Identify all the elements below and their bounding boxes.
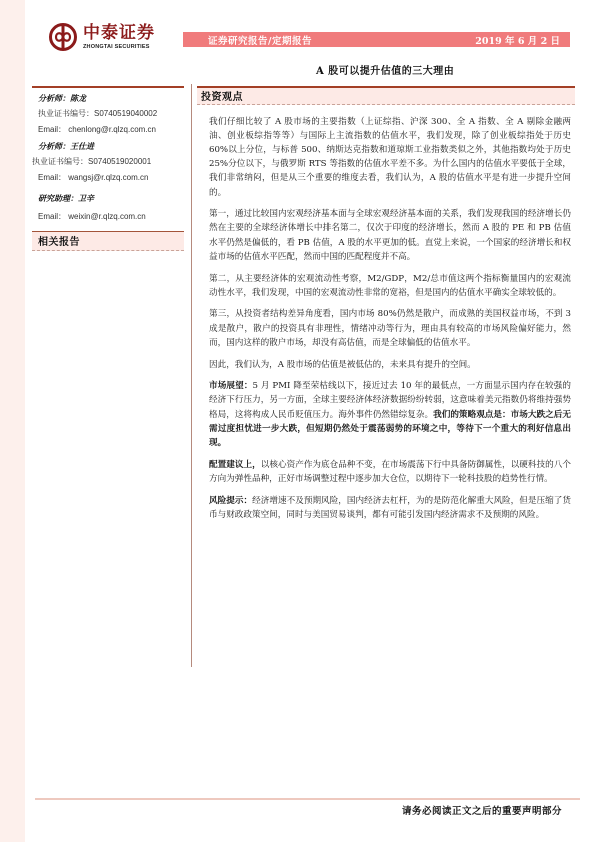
logo-chinese-name: 中泰证券	[83, 24, 155, 42]
paragraph-conclusion: 因此，我们认为，A 股市场的估值是被低估的，未来具有提升的空间。	[209, 358, 571, 372]
email-link[interactable]: chenlong@r.qlzq.com.cn	[68, 125, 156, 134]
analyst-email-row: Email： chenlong@r.qlzq.com.cn	[38, 123, 184, 136]
allocation-text: 以核心资产作为底仓品种不变，在市场震荡下行中具备防御属性，以硬科技的八个方向为弹…	[209, 460, 571, 484]
email-label: Email：	[38, 125, 66, 134]
email-label: Email：	[38, 173, 66, 182]
paragraph-intro: 我们仔细比较了 A 股市场的主要指数（上证综指、沪深 300、全 A 指数、全 …	[209, 115, 571, 200]
logo-english-name: ZHONGTAI SECURITIES	[83, 44, 155, 50]
email-link[interactable]: wangsj@r.qlzq.com.cn	[68, 173, 148, 182]
risk-text: 经济增速不及预期风险，国内经济去杠杆，为的是防范化解重大风险，但是压缩了货币与财…	[209, 496, 571, 520]
column-divider	[191, 84, 192, 667]
main-content: 投资观点 我们仔细比较了 A 股市场的主要指数（上证综指、沪深 300、全 A …	[197, 86, 575, 530]
company-logo: 中泰证券 ZHONGTAI SECURITIES	[48, 22, 155, 52]
assistant-role: 研究助理：	[38, 193, 78, 203]
cert-number: S0740519020001	[88, 157, 151, 166]
related-reports-title: 相关报告	[38, 233, 80, 248]
paragraph-third-reason: 第三，从投资者结构差异角度看，国内市场 80%仍然是散户，而成熟的美国权益市场，…	[209, 307, 571, 350]
report-banner: 证券研究报告/定期报告 2019 年 6 月 2 日	[183, 32, 570, 47]
analyst-name-row: 分析师：陈龙	[38, 92, 184, 105]
page-margin	[0, 0, 25, 842]
analyst-sidebar: 分析师：陈龙 执业证书编号：S0740519040002 Email： chen…	[32, 86, 184, 251]
paragraph-risk: 风险提示：经济增速不及预期风险，国内经济去杠杆，为的是防范化解重大风险，但是压缩…	[209, 494, 571, 522]
cert-label: 执业证书编号：	[32, 157, 88, 166]
paragraph-second-reason: 第二，从主要经济体的宏观流动性考察，M2/GDP，M2/总市值这两个指标衡量国内…	[209, 272, 571, 300]
sidebar-rule	[32, 86, 184, 88]
paragraph-market-outlook: 市场展望：5 月 PMI 降至荣枯线以下，接近过去 10 年的最低点，一方面显示…	[209, 379, 571, 450]
analyst-cert-row: 执业证书编号：S0740519040002	[38, 107, 184, 120]
outlook-label: 市场展望：	[209, 381, 253, 391]
allocation-label: 配置建议上，	[209, 460, 261, 470]
zhongtai-logo-icon	[48, 22, 78, 52]
analyst-name-row: 分析师：王仕进	[38, 140, 184, 153]
report-body: 我们仔细比较了 A 股市场的主要指数（上证综指、沪深 300、全 A 指数、全 …	[197, 115, 575, 523]
report-date: 2019 年 6 月 2 日	[475, 33, 560, 47]
email-link[interactable]: weixin@r.qlzq.com.cn	[68, 212, 145, 221]
analyst-name: 王仕进	[70, 141, 94, 151]
footer-rule	[35, 798, 580, 800]
related-reports-header: 相关报告	[32, 231, 184, 251]
analyst-card: 分析师：王仕进 执业证书编号：S0740519020001 Email： wan…	[32, 140, 184, 184]
assistant-name: 卫辛	[78, 193, 94, 203]
assistant-card: 研究助理：卫辛 Email： weixin@r.qlzq.com.cn	[32, 192, 184, 223]
footer-disclaimer: 请务必阅读正文之后的重要声明部分	[402, 803, 562, 817]
paragraph-first-reason: 第一，通过比较国内宏观经济基本面与全球宏观经济基本面的关系，我们发现我国的经济增…	[209, 207, 571, 264]
report-type: 证券研究报告/定期报告	[208, 33, 312, 47]
risk-label: 风险提示：	[209, 496, 252, 506]
analyst-cert-row: 执业证书编号：S0740519020001	[32, 155, 184, 168]
analyst-role: 分析师：	[38, 93, 70, 103]
email-label: Email：	[38, 212, 66, 221]
analyst-role: 分析师：	[38, 141, 70, 151]
section-title: 投资观点	[201, 88, 243, 103]
analyst-email-row: Email： wangsj@r.qlzq.com.cn	[38, 171, 184, 184]
section-header: 投资观点	[197, 88, 575, 105]
cert-label: 执业证书编号：	[38, 109, 94, 118]
assistant-name-row: 研究助理：卫辛	[38, 192, 184, 205]
report-title: A 股可以提升估值的三大理由	[316, 62, 454, 77]
cert-number: S0740519040002	[94, 109, 157, 118]
analyst-card: 分析师：陈龙 执业证书编号：S0740519040002 Email： chen…	[32, 92, 184, 136]
assistant-email-row: Email： weixin@r.qlzq.com.cn	[38, 210, 184, 223]
analyst-name: 陈龙	[70, 93, 86, 103]
paragraph-allocation: 配置建议上，以核心资产作为底仓品种不变，在市场震荡下行中具备防御属性，以硬科技的…	[209, 458, 571, 486]
